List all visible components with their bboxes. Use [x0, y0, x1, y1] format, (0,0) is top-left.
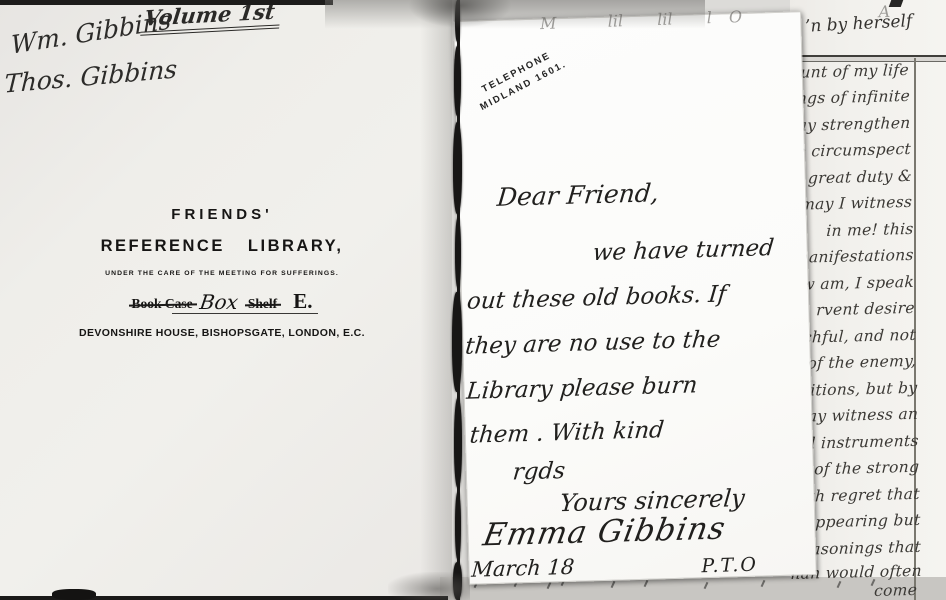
manuscript-line: ay witness an — [807, 405, 918, 426]
bookplate-address: DEVONSHIRE HOUSE, BISHOPSGATE, LONDON, E… — [76, 327, 368, 339]
manuscript-line: itions, but by — [810, 379, 918, 400]
ink-mark — [547, 582, 552, 589]
ink-mark — [611, 581, 616, 588]
bookplate-title-line2: REFERENCE LIBRARY, — [76, 237, 368, 256]
manuscript-line: manifestations — [794, 246, 915, 267]
struck-book-case-label: Book Case — [132, 296, 193, 312]
library-bookplate: FRIENDS' REFERENCE LIBRARY, UNDER THE CA… — [76, 206, 368, 339]
manuscript-line: rvent desire — [816, 299, 915, 319]
letter-line: them . With kind — [469, 417, 666, 449]
shelf-underline — [172, 313, 318, 314]
gutter-ink-blob — [452, 292, 462, 392]
pasted-letter: TELEPHONE MIDLAND 1601. Dear Friend,we h… — [453, 11, 817, 584]
pto-note: P.T.O — [701, 554, 758, 578]
ink-mark — [704, 582, 709, 589]
letter-date: March 18 — [471, 555, 576, 582]
manuscript-line: unt of my life — [800, 61, 909, 82]
bookplate-title-line1: FRIENDS' — [76, 206, 368, 223]
manuscript-line: come — [874, 581, 918, 600]
manuscript-line: great duty & — [807, 167, 912, 188]
bookplate-shelf-row: Book Case Box Shelf E. — [76, 289, 368, 314]
gutter-ink-blob — [454, 46, 461, 116]
scan-edge-bar-top — [0, 0, 333, 5]
bookplate-subtitle: UNDER THE CARE OF THE MEETING FOR SUFFER… — [76, 270, 368, 277]
manuscript-line: Oh may I witness — [790, 193, 913, 214]
handwritten-box-word: Box — [198, 290, 239, 314]
manuscript-line: l instruments — [810, 432, 919, 453]
manuscript-line: in me! this — [826, 220, 914, 240]
gutter-ink-blob — [453, 122, 462, 214]
letter-line: Dear Friend, — [496, 178, 660, 212]
gutter-ink-blob — [455, 218, 461, 288]
letter-line: we have turned — [591, 235, 775, 266]
manuscript-line: be more circumspect — [790, 140, 912, 162]
letter-line: they are no use to the — [464, 327, 722, 360]
scan-smudge-dark — [408, 0, 512, 28]
book-gutter — [448, 0, 474, 600]
handwritten-shelf-letter: E. — [293, 289, 312, 314]
manuscript-line: may strengthen — [790, 114, 911, 135]
scanned-book-spread: Wm. GibbinsThos. Gibbins Volume 1st FRIE… — [0, 0, 946, 600]
letter-signature: Emma Gibbins — [480, 510, 728, 553]
struck-shelf-label: Shelf — [248, 296, 277, 312]
letter-line: Library please burn — [465, 372, 698, 405]
letter-line: out these old books. If — [466, 281, 728, 314]
ink-mark — [761, 580, 766, 587]
scan-smudge-bottom-gutter — [388, 572, 470, 600]
gutter-ink-blob — [455, 492, 461, 560]
ink-mark — [644, 580, 649, 587]
letter-line: rgds — [512, 458, 567, 486]
manuscript-line: dealings of infinite — [790, 87, 910, 109]
telephone-stamp: TELEPHONE MIDLAND 1601. — [471, 45, 568, 113]
scan-blob-bottom-left — [52, 589, 96, 600]
gutter-ink-blob — [454, 398, 462, 488]
scan-mark-top-right — [889, 0, 904, 7]
